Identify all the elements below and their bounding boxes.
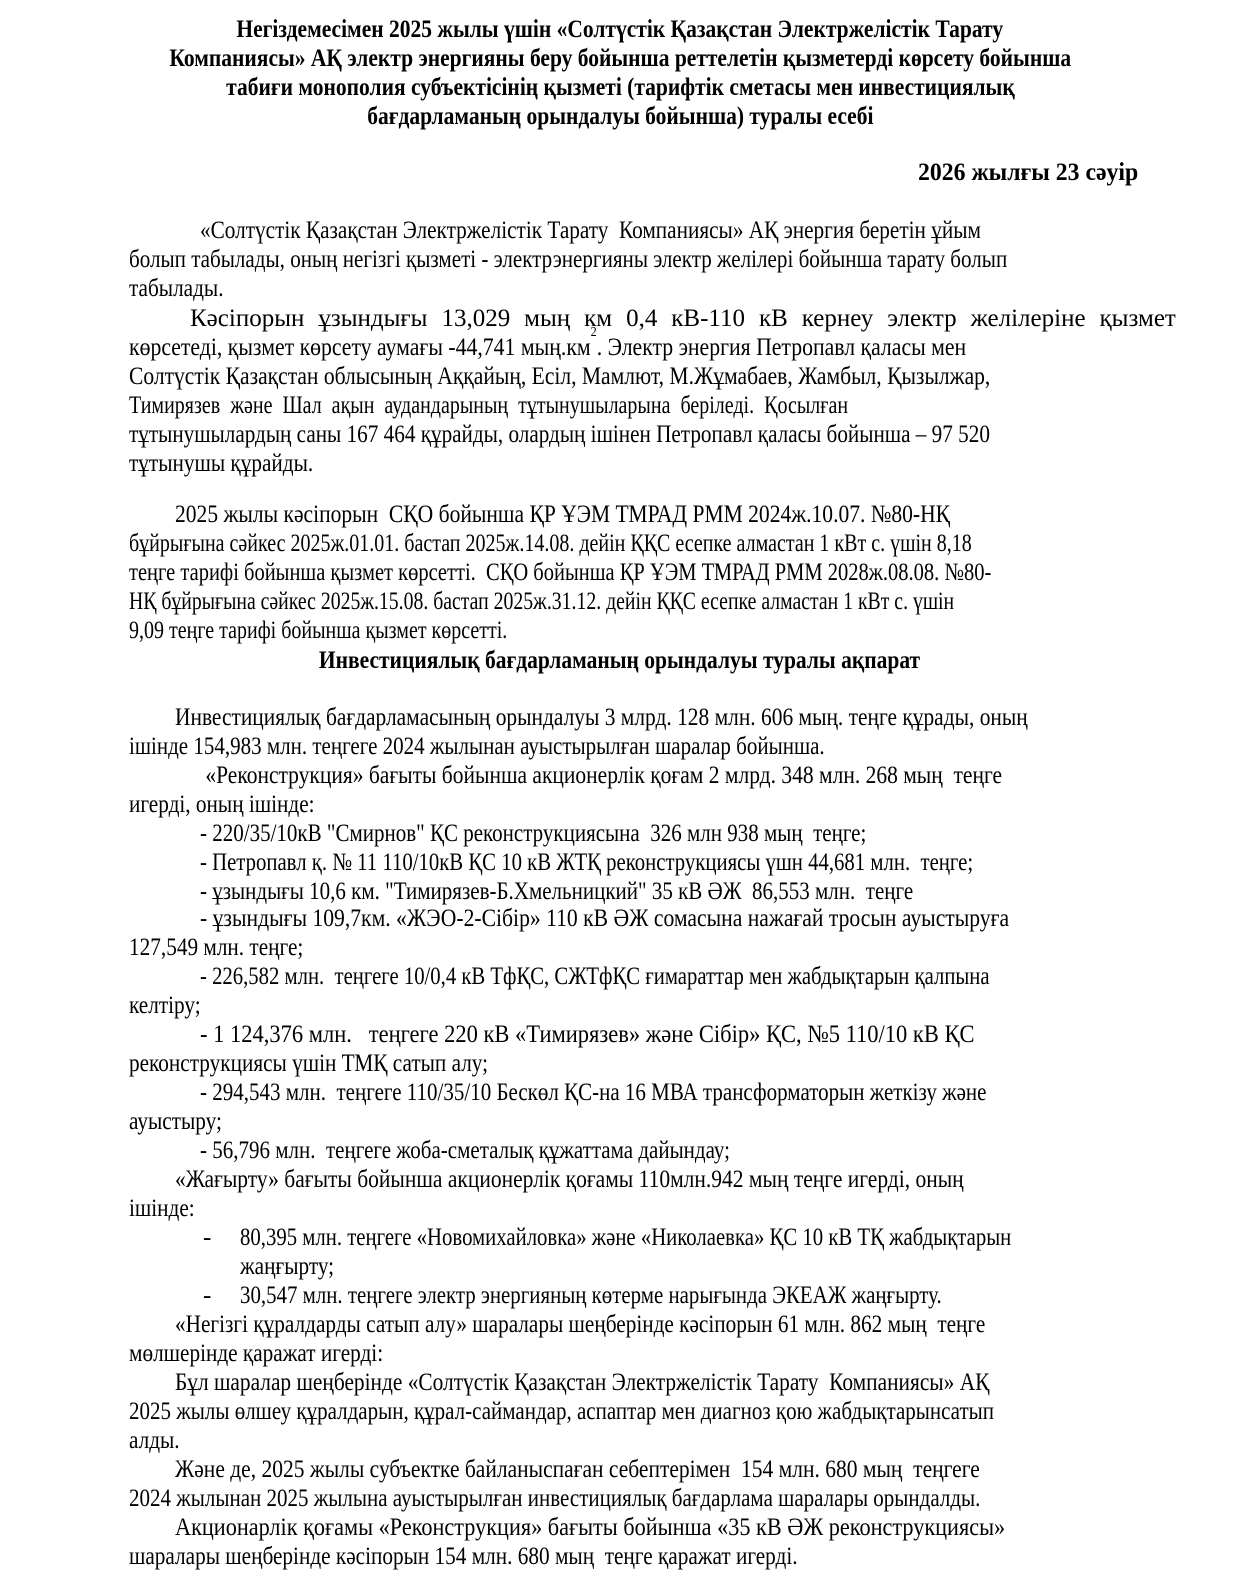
network-line-5: тұтынушылардың саны 167 464 құрайды, ола… [129, 420, 990, 450]
investment-section-heading: Инвестициялық бағдарламаның орындалуы ту… [0, 646, 1240, 676]
investment-line-20: жаңғырту; [240, 1252, 334, 1282]
investment-line-18: ішінде: [129, 1194, 195, 1224]
tariff-line-3: теңге тарифі бойынша қызмет көрсетті. СҚ… [129, 558, 991, 588]
report-title-line-1: Негіздемесімен 2025 жылы үшін «Солтүстік… [0, 15, 1240, 45]
report-title-text-3: табиғи монополия субъектісінің қызметі (… [226, 73, 1015, 103]
investment-line-10: - 226,582 млн. теңгеге 10/0,4 кВ ТфҚС, С… [200, 962, 990, 992]
investment-line-8: - ұзындығы 109,7км. «ЖЭО-2-Сібір» 110 кВ… [200, 904, 1009, 934]
network-text-2b: . Электр энергия Петропавл қаласы мен [597, 333, 966, 363]
investment-line-5: - 220/35/10кВ "Смирнов" ҚС реконструкция… [200, 819, 866, 849]
investment-line-29: Акционарлік қоғамы «Реконструкция» бағыт… [175, 1513, 1005, 1543]
intro-line-2: болып табылады, оның негізгі қызметі - э… [129, 245, 1007, 275]
investment-line-25: 2025 жылы өлшеу құралдарын, құрал-сайман… [129, 1397, 994, 1427]
report-title-line-4: бағдарламаның орындалуы бойынша) туралы … [0, 102, 1240, 132]
report-title-line-3: табиғи монополия субъектісінің қызметі (… [0, 73, 1240, 103]
investment-line-12: - 1 124,376 млн. теңгеге 220 кВ «Тимиряз… [200, 1020, 974, 1050]
investment-line-13: реконструкциясы үшін ТМҚ сатып алу; [129, 1049, 488, 1079]
tariff-line-4: НҚ бұйрығына сәйкес 2025ж.15.08. бастап … [129, 587, 954, 617]
report-title-line-2: Компаниясы» АҚ электр энергияны беру бой… [0, 44, 1240, 74]
investment-line-24: Бұл шаралар шеңберінде «Солтүстік Қазақс… [175, 1368, 989, 1398]
investment-line-9: 127,549 млн. теңге; [129, 933, 303, 963]
network-text-1: Кәсіпорынұзындығы13,029мыңкм0,4кВ-110кВк… [190, 304, 1176, 334]
report-title-text-2: Компаниясы» АҚ электр энергияны беру бой… [169, 44, 1071, 74]
investment-line-19: 80,395 млн. теңгеге «Новомихайловка» жән… [240, 1223, 1011, 1253]
investment-line-22: «Негізгі құралдарды сатып алу» шаралары … [175, 1310, 985, 1340]
investment-line-14: - 294,543 млн. теңгеге 110/35/10 Бескөл … [200, 1078, 986, 1108]
investment-line-11: келтіру; [129, 991, 201, 1021]
investment-line-7: - ұзындығы 10,6 км. "Тимирязев-Б.Хмельни… [200, 877, 913, 907]
investment-line-1: Инвестициялық бағдарламасының орындалуы … [175, 703, 1028, 733]
intro-line-1: «Солтүстік Қазақстан Электржелістік Тара… [200, 216, 981, 246]
investment-line-16: - 56,796 млн. теңгеге жоба-сметалық құжа… [200, 1136, 730, 1166]
network-line-3: Солтүстік Қазақстан облысының Аққайың, Е… [129, 362, 990, 392]
document-page: Негіздемесімен 2025 жылы үшін «Солтүстік… [0, 0, 1240, 1582]
tariff-line-2: бұйрығына сәйкес 2025ж.01.01. бастап 202… [129, 529, 972, 559]
investment-line-30: шаралары шеңберінде кәсіпорын 154 млн. 6… [129, 1542, 798, 1572]
report-date: 2026 жылғы 23 сәуір [918, 158, 1138, 188]
tariff-line-5: 9,09 теңге тарифі бойынша қызмет көрсетт… [129, 616, 507, 646]
list-dash-2: - [203, 1281, 211, 1311]
investment-line-23: мөлшерінде қаражат игерді: [129, 1339, 383, 1369]
investment-line-2: ішінде 154,983 млн. теңгеге 2024 жылынан… [129, 732, 825, 762]
network-line-4: Тимирязев және Шал ақын аудандарының тұт… [129, 391, 848, 421]
network-line-1: Кәсіпорынұзындығы13,029мыңкм0,4кВ-110кВк… [190, 304, 1176, 334]
tariff-line-1: 2025 жылы кәсіпорын СҚО бойынша ҚР ҰЭМ Т… [175, 500, 950, 530]
investment-line-26: алды. [129, 1426, 180, 1456]
investment-line-27: Және де, 2025 жылы субъектке байланыспағ… [175, 1455, 980, 1485]
investment-heading-text: Инвестициялық бағдарламаның орындалуы ту… [319, 646, 920, 676]
investment-line-21: 30,547 млн. теңгеге электр энергияның кө… [240, 1281, 942, 1311]
investment-line-17: «Жағырту» бағыты бойынша акционерлік қоғ… [175, 1165, 964, 1195]
network-text-2a: көрсетеді, қызмет көрсету аумағы -44,741… [129, 333, 591, 363]
report-title-text-4: бағдарламаның орындалуы бойынша) туралы … [367, 102, 873, 132]
investment-line-15: ауыстыру; [129, 1107, 222, 1137]
report-title-text-1: Негіздемесімен 2025 жылы үшін «Солтүстік… [237, 15, 1004, 45]
investment-line-3: «Реконструкция» бағыты бойынша акционерл… [200, 761, 1002, 791]
network-line-2: көрсетеді, қызмет көрсету аумағы -44,741… [129, 333, 1176, 363]
investment-line-4: игерді, оның ішінде: [129, 790, 315, 820]
network-line-6: тұтынушы құрайды. [129, 449, 313, 479]
investment-line-6: - Петропавл қ. № 11 110/10кВ ҚС 10 кВ ЖТ… [200, 848, 973, 878]
list-dash-1: - [203, 1223, 211, 1253]
intro-line-3: табылады. [129, 274, 224, 304]
investment-line-28: 2024 жылынан 2025 жылына ауыстырылған ин… [129, 1484, 980, 1514]
